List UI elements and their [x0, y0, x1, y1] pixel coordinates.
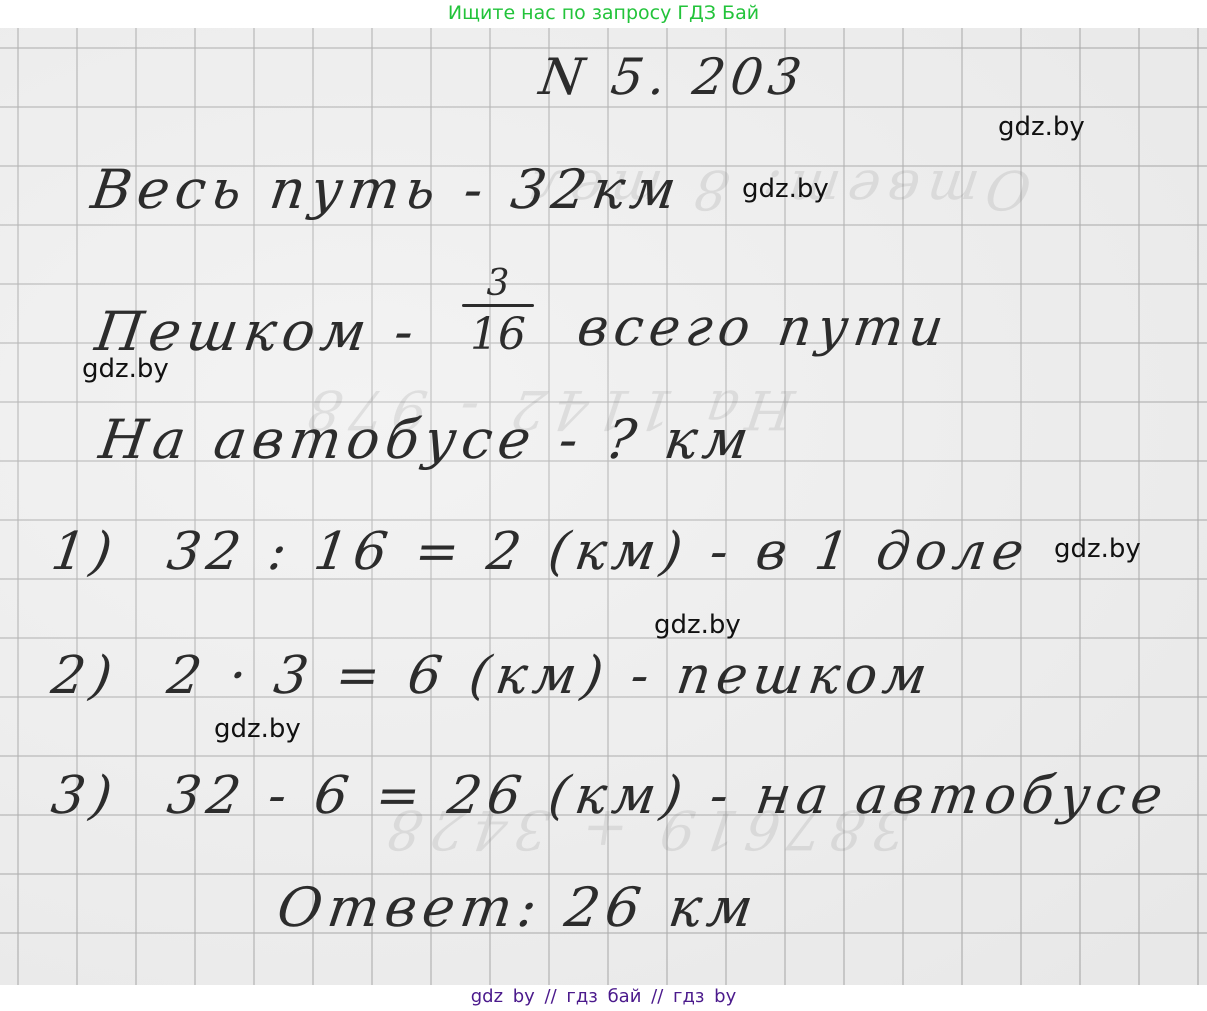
step-1: 1) 32 : 16 = 2 (км) - в 1 доле: [48, 522, 1033, 582]
given-walk-suffix: всего пути: [574, 298, 953, 358]
fraction-bar: [462, 304, 534, 307]
step-3-label: 3): [48, 766, 122, 826]
answer: Ответ: 26 км: [274, 876, 763, 939]
problem-number: N 5. 203: [536, 48, 811, 106]
step-2-text: 2 · 3 = 6 (км) - пешком: [164, 646, 937, 706]
watermark: gdz.by: [654, 610, 741, 640]
notebook-page: Ответ: 8 тел На 1142 - 978 387619 + 3428…: [0, 28, 1207, 985]
fraction-denominator: 16: [462, 313, 534, 357]
watermark: gdz.by: [82, 354, 169, 384]
step-2-label: 2): [48, 646, 122, 706]
step-3: 3) 32 - 6 = 26 (км) - на автобусе: [48, 766, 1172, 826]
step-1-text: 32 : 16 = 2 (км) - в 1 доле: [164, 522, 1034, 582]
watermark: gdz.by: [1054, 534, 1141, 564]
given-total-distance: Весь путь - 32км: [88, 158, 686, 221]
watermark: gdz.by: [998, 112, 1085, 142]
watermark: gdz.by: [742, 174, 829, 204]
step-3-text: 32 - 6 = 26 (км) - на автобусе: [164, 766, 1172, 826]
footer-links-banner: gdz by // гдз бай // гдз by: [0, 985, 1207, 1011]
step-1-label: 1): [48, 522, 122, 582]
watermark: gdz.by: [214, 714, 301, 744]
step-2: 2) 2 · 3 = 6 (км) - пешком: [48, 646, 937, 706]
given-bus-unknown: На автобусе - ? км: [96, 408, 759, 471]
fraction-numerator: 3: [462, 266, 534, 302]
walk-fraction: 3 16: [462, 266, 534, 357]
search-hint-banner: Ищите нас по запросу ГДЗ Бай: [0, 0, 1207, 28]
